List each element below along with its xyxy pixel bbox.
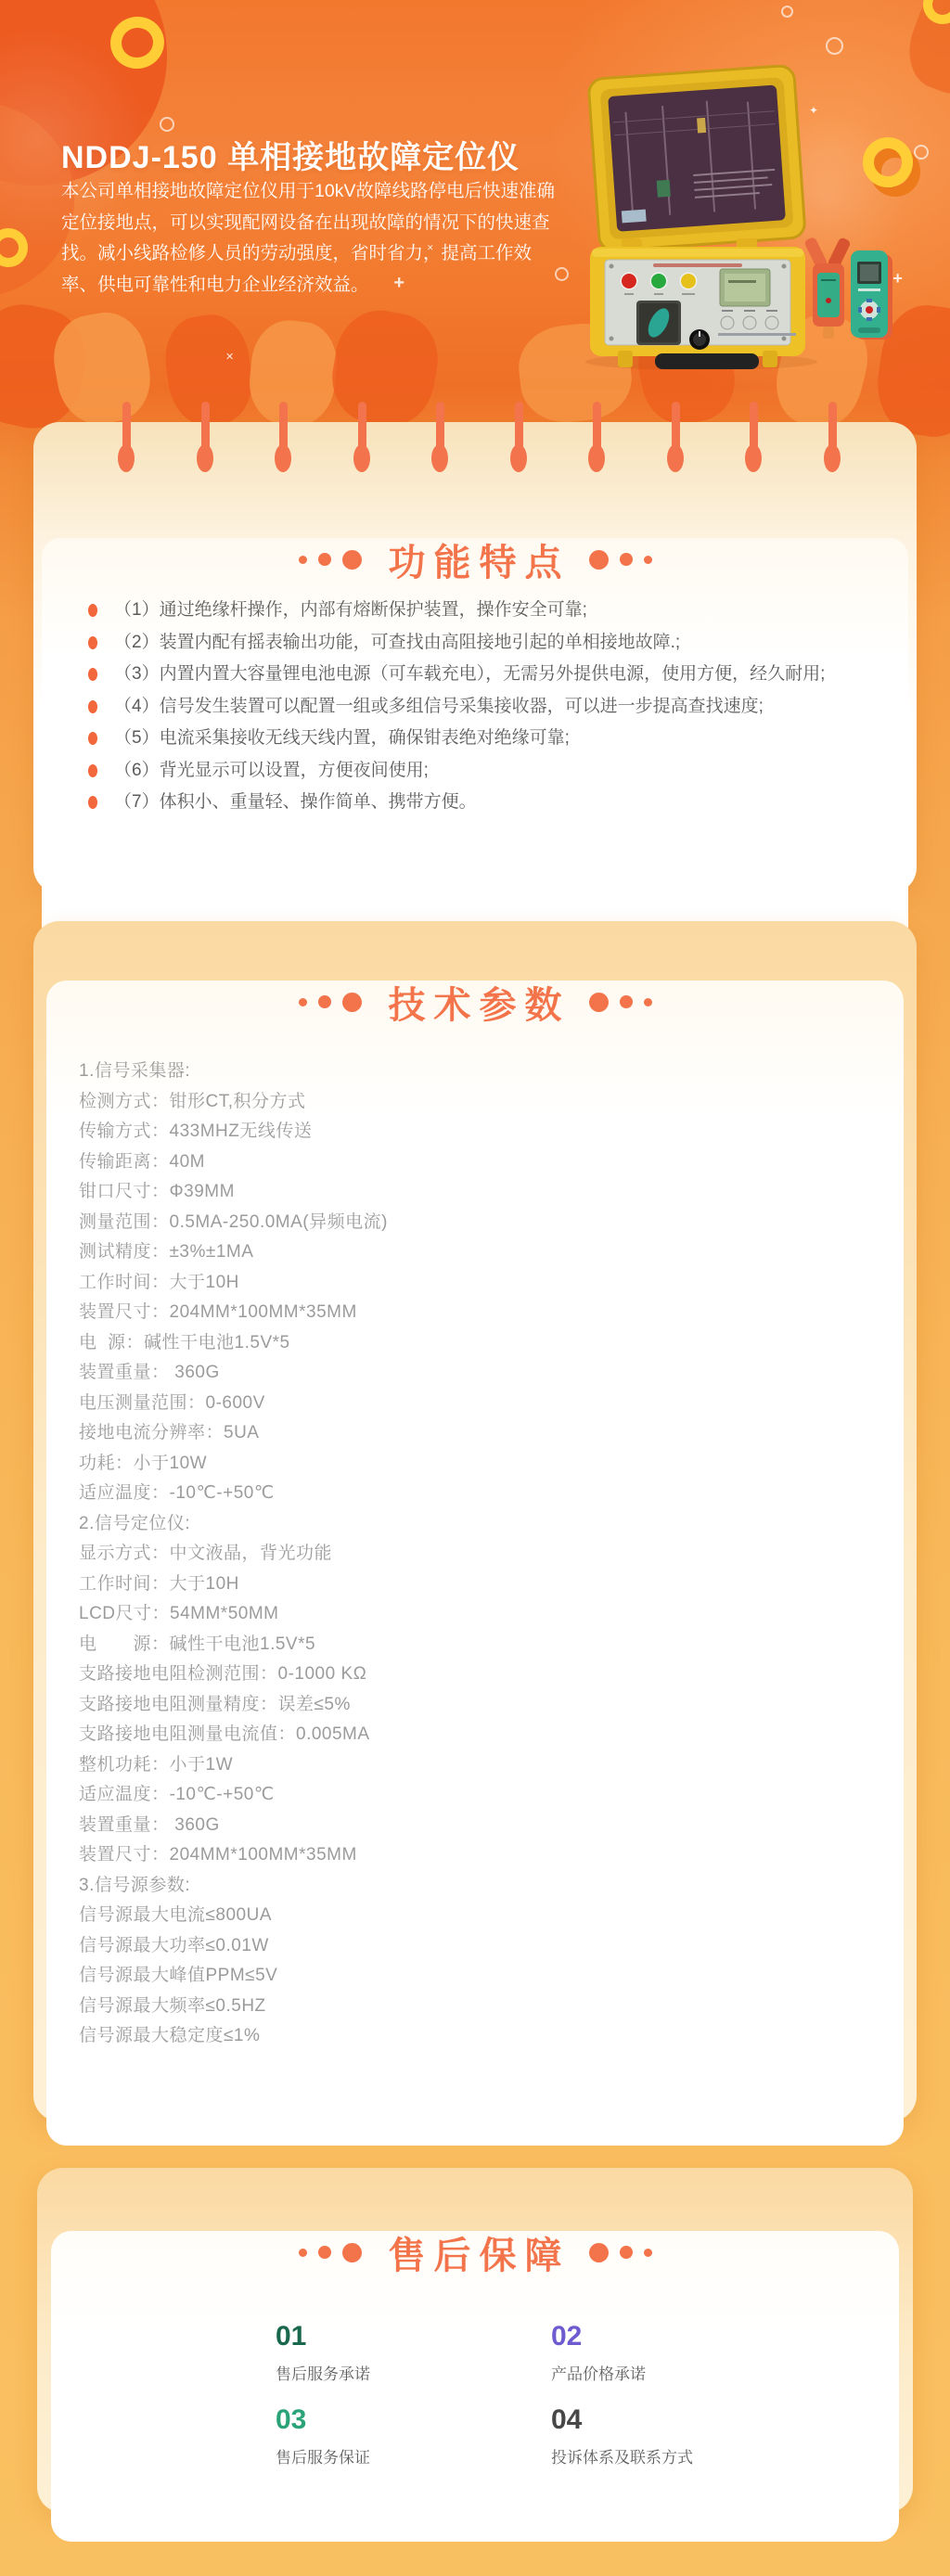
- spec-line: 电 源：碱性干电池1.5V*5: [79, 1630, 904, 1660]
- heading-dot: [299, 998, 307, 1006]
- outline-ring-decor: [826, 37, 843, 55]
- bullet-dot-icon: [88, 636, 97, 649]
- spec-line: 适应温度：-10℃-+50℃: [79, 1780, 904, 1811]
- heading-dot: [620, 553, 633, 566]
- spec-line: 信号源最大稳定度≤1%: [79, 2021, 904, 2052]
- heading-dot: [299, 556, 307, 564]
- features-card: 功能特点 （1）通过绝缘杆操作，内部有熔断保护装置，操作安全可靠;（2）装置内配…: [33, 422, 917, 893]
- aftersales-label: 售后服务保证: [276, 2444, 551, 2467]
- pin-stem: [750, 402, 758, 450]
- heading-dot: [644, 556, 652, 564]
- pin-stem: [828, 402, 837, 450]
- heading-dot: [620, 2246, 633, 2259]
- aftersales-label: 售后服务承诺: [276, 2361, 551, 2384]
- heading-dot: [589, 550, 609, 570]
- spec-line: 传输距离：40M: [79, 1147, 904, 1178]
- spec-line: LCD尺寸：54MM*50MM: [79, 1599, 904, 1630]
- page: NDDJ-150 单相接地故障定位仪 本公司单相接地故障定位仪用于10kV故障线…: [0, 0, 950, 2576]
- binder-pin-decor: [118, 402, 135, 476]
- aftersales-item: 01售后服务承诺: [276, 2323, 551, 2384]
- feature-item: （1）通过绝缘杆操作，内部有熔断保护装置，操作安全可靠;: [88, 596, 863, 625]
- spec-line: 信号源最大峰值PPM≤5V: [79, 1961, 904, 1992]
- pin-stem: [436, 402, 444, 450]
- binder-pin-decor: [745, 402, 762, 476]
- spec-line: 2.信号定位仪:: [79, 1509, 904, 1540]
- spec-list: 1.信号采集器:检测方式：钳形CT,积分方式传输方式：433MHZ无线传送传输距…: [46, 1057, 904, 2052]
- spec-line: 传输方式：433MHZ无线传送: [79, 1117, 904, 1147]
- feature-list: （1）通过绝缘杆操作，内部有熔断保护装置，操作安全可靠;（2）装置内配有摇表输出…: [42, 596, 908, 817]
- spec-line: 3.信号源参数:: [79, 1871, 904, 1902]
- feature-item: （6）背光显示可以设置，方便夜间使用;: [88, 756, 863, 786]
- aftersales-item: 02产品价格承诺: [551, 2323, 899, 2384]
- specs-heading: 技术参数: [46, 980, 904, 1023]
- spec-line: 信号源最大功率≤0.01W: [79, 1931, 904, 1962]
- pin-stem: [122, 402, 131, 450]
- spec-line: 信号源最大频率≤0.5HZ: [79, 1992, 904, 2022]
- feature-item-text: （7）体积小、重量轻、操作简单、携带方便。: [114, 788, 477, 817]
- feature-item: （7）体积小、重量轻、操作简单、携带方便。: [88, 788, 863, 817]
- spec-line: 装置尺寸：204MM*100MM*35MM: [79, 1298, 904, 1328]
- pin-bulb: [745, 444, 762, 472]
- pin-bulb: [118, 444, 135, 472]
- product-image: [581, 65, 939, 373]
- spec-line: 测试精度：±3%±1MA: [79, 1237, 904, 1268]
- pin-bulb: [197, 444, 213, 472]
- binder-pin-decor: [588, 402, 605, 476]
- spec-line: 支路接地电阻测量精度：误差≤5%: [79, 1690, 904, 1721]
- binder-pin-decor: [275, 402, 291, 476]
- heading-dot: [644, 998, 652, 1006]
- pin-stem: [593, 402, 601, 450]
- spec-line: 工作时间：大于10H: [79, 1268, 904, 1299]
- spec-line: 电压测量范围：0-600V: [79, 1389, 904, 1419]
- specs-heading-text: 技术参数: [389, 976, 571, 1029]
- spec-line: 装置重量： 360G: [79, 1358, 904, 1389]
- aftersales-heading-text: 售后保障: [389, 2226, 571, 2279]
- binder-pin-decor: [824, 402, 841, 476]
- spec-line: 支路接地电阻测量电流值：0.005MA: [79, 1720, 904, 1750]
- pin-stem: [515, 402, 523, 450]
- spec-line: 支路接地电阻检测范围：0-1000 KΩ: [79, 1660, 904, 1690]
- feature-item-text: （4）信号发生装置可以配置一组或多组信号采集接收器，可以进一步提高查找速度;: [114, 692, 764, 722]
- spec-line: 信号源最大电流≤800UA: [79, 1901, 904, 1931]
- outline-ring-decor: [160, 117, 174, 132]
- aftersales-label: 投诉体系及联系方式: [551, 2444, 899, 2467]
- feature-item-text: （6）背光显示可以设置，方便夜间使用;: [114, 756, 429, 786]
- binder-pin-decor: [353, 402, 370, 476]
- bullet-dot-icon: [88, 700, 97, 713]
- spec-line: 接地电流分辨率：5UA: [79, 1418, 904, 1449]
- bullet-dot-icon: [88, 796, 97, 809]
- bullet-dot-icon: [88, 732, 97, 745]
- heading-dot: [644, 2249, 652, 2257]
- feature-item-text: （2）装置内配有摇表输出功能，可查找由高阻接地引起的单相接地故障.;: [114, 628, 680, 658]
- aftersales-number: 03: [276, 2406, 551, 2434]
- spec-line: 显示方式：中文液晶，背光功能: [79, 1539, 904, 1570]
- specs-card: 技术参数 1.信号采集器:检测方式：钳形CT,积分方式传输方式：433MHZ无线…: [33, 921, 917, 2121]
- spec-line: 检测方式：钳形CT,积分方式: [79, 1087, 904, 1118]
- feature-item: （2）装置内配有摇表输出功能，可查找由高阻接地引起的单相接地故障.;: [88, 628, 863, 658]
- aftersales-label: 产品价格承诺: [551, 2361, 899, 2384]
- heading-dot: [589, 993, 609, 1012]
- binder-pin-decor: [197, 402, 213, 476]
- heading-dot: [318, 2246, 331, 2259]
- aftersales-item: 04投诉体系及联系方式: [551, 2406, 899, 2467]
- bullet-dot-icon: [88, 764, 97, 777]
- spec-line: 工作时间：大于10H: [79, 1570, 904, 1600]
- product-description: 本公司单相接地故障定位仪用于10kV故障线路停电后快速准确定位接地点，可以实现配…: [61, 176, 562, 301]
- features-heading: 功能特点: [42, 538, 908, 581]
- pin-stem: [279, 402, 288, 450]
- sparkle-icon: [225, 351, 234, 363]
- heading-dot: [620, 995, 633, 1008]
- heading-dot: [589, 2243, 609, 2262]
- aftersales-heading: 售后保障: [51, 2231, 899, 2274]
- outline-ring-decor: [781, 6, 793, 18]
- heading-dot: [318, 995, 331, 1008]
- binder-pin-decor: [667, 402, 684, 476]
- feature-item: （5）电流采集接收无线天线内置，确保钳表绝对绝缘可靠;: [88, 724, 863, 753]
- pin-bulb: [353, 444, 370, 472]
- heading-dot: [342, 550, 362, 570]
- spec-line: 整机功耗：小于1W: [79, 1750, 904, 1781]
- bullet-dot-icon: [88, 668, 97, 681]
- features-heading-text: 功能特点: [389, 533, 571, 586]
- heading-dot: [318, 553, 331, 566]
- feature-item-text: （1）通过绝缘杆操作，内部有熔断保护装置，操作安全可靠;: [114, 596, 587, 625]
- aftersales-number: 02: [551, 2323, 899, 2351]
- binder-pin-decor: [431, 402, 448, 476]
- pin-stem: [201, 402, 210, 450]
- aftersales-number: 01: [276, 2323, 551, 2351]
- bullet-dot-icon: [88, 604, 97, 617]
- spec-line: 装置重量： 360G: [79, 1811, 904, 1841]
- feature-item: （4）信号发生装置可以配置一组或多组信号采集接收器，可以进一步提高查找速度;: [88, 692, 863, 722]
- binder-pin-decor: [510, 402, 527, 476]
- pin-bulb: [824, 444, 841, 472]
- pin-bulb: [588, 444, 605, 472]
- card-pins: [118, 402, 851, 476]
- page-title: NDDJ-150 单相接地故障定位仪: [61, 132, 520, 177]
- spec-line: 适应温度：-10℃-+50℃: [79, 1479, 904, 1509]
- spec-line: 测量范围：0.5MA-250.0MA(异频电流): [79, 1208, 904, 1238]
- aftersales-item: 03售后服务保证: [276, 2406, 551, 2467]
- pin-bulb: [667, 444, 684, 472]
- aftersales-number: 04: [551, 2406, 899, 2434]
- heading-dot: [299, 2249, 307, 2257]
- pin-stem: [358, 402, 366, 450]
- heading-dot: [342, 2243, 362, 2262]
- pin-bulb: [431, 444, 448, 472]
- feature-item-text: （5）电流采集接收无线天线内置，确保钳表绝对绝缘可靠;: [114, 724, 570, 753]
- spec-line: 钳口尺寸：Φ39MM: [79, 1177, 904, 1208]
- spec-line: 电 源：碱性干电池1.5V*5: [79, 1328, 904, 1359]
- heading-dot: [342, 993, 362, 1012]
- feature-item-text: （3）内置内置大容量锂电池电源（可车载充电），无需另外提供电源，使用方便，经久耐…: [114, 660, 825, 689]
- spec-line: 1.信号采集器:: [79, 1057, 904, 1087]
- spec-line: 功耗：小于10W: [79, 1449, 904, 1480]
- aftersales-card: 售后保障 01售后服务承诺02产品价格承诺03售后服务保证04投诉体系及联系方式: [37, 2168, 913, 2513]
- aftersales-grid: 01售后服务承诺02产品价格承诺03售后服务保证04投诉体系及联系方式: [51, 2323, 899, 2467]
- pin-stem: [672, 402, 680, 450]
- spec-line: 装置尺寸：204MM*100MM*35MM: [79, 1840, 904, 1871]
- pin-bulb: [510, 444, 527, 472]
- pin-bulb: [275, 444, 291, 472]
- feature-item: （3）内置内置大容量锂电池电源（可车载充电），无需另外提供电源，使用方便，经久耐…: [88, 660, 863, 689]
